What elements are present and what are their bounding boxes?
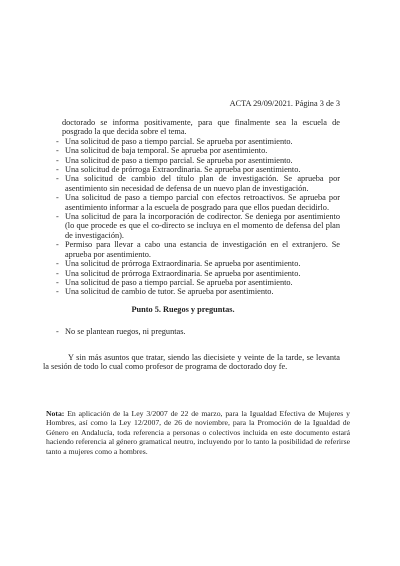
bullet-marker: - — [56, 146, 59, 155]
bullet-marker: - — [56, 137, 59, 146]
list-item-text: Una solicitud de para la incorporación d… — [65, 212, 340, 240]
intro-paragraph: doctorado se informa positivamente, para… — [62, 118, 340, 137]
list-item: - Una solicitud de paso a tiempo parcial… — [62, 193, 340, 212]
bullet-marker: - — [56, 156, 59, 165]
list-item-text: Una solicitud de prórroga Extraordinaria… — [65, 165, 300, 174]
list-item: - Una solicitud de cambio de tutor. Se a… — [62, 287, 340, 296]
bullet-marker: - — [56, 327, 59, 336]
list-item-text: Una solicitud de prórroga Extraordinaria… — [65, 259, 300, 268]
list-item-text: Una solicitud de paso a tiempo parcial c… — [65, 193, 340, 211]
bullet-marker: - — [56, 193, 59, 202]
footnote: Nota: En aplicación de la Ley 3/2007 de … — [46, 409, 350, 456]
list-item: - Una solicitud de para la incorporación… — [62, 212, 340, 240]
bullet-marker: - — [56, 259, 59, 268]
bullet-marker: - — [56, 287, 59, 296]
list-item: - No se plantean ruegos, ni preguntas. — [62, 327, 340, 336]
list-item-text: Una solicitud de cambio del título plan … — [65, 174, 340, 192]
list-item-text: Permiso para llevar a cabo una estancia … — [65, 240, 340, 258]
list-item: - Una solicitud de cambio del título pla… — [62, 174, 340, 193]
list-item: - Una solicitud de baja temporal. Se apr… — [62, 146, 340, 155]
page-header: ACTA 29/09/2021. Página 3 de 3 — [62, 99, 340, 108]
list-item-text: Una solicitud de paso a tiempo parcial. … — [65, 137, 293, 146]
request-list: - Una solicitud de paso a tiempo parcial… — [62, 137, 340, 297]
footnote-label: Nota: — [46, 409, 64, 418]
list-item: - Una solicitud de paso a tiempo parcial… — [62, 156, 340, 165]
minutes-body: doctorado se informa positivamente, para… — [62, 118, 340, 337]
list-item: - Una solicitud de prórroga Extraordinar… — [62, 269, 340, 278]
bullet-marker: - — [56, 165, 59, 174]
closing-paragraph: Y sin más asuntos que tratar, siendo las… — [43, 353, 340, 372]
list-item: - Una solicitud de paso a tiempo parcial… — [62, 137, 340, 146]
list-item-text: Una solicitud de paso a tiempo parcial. … — [65, 156, 293, 165]
list-item: - Una solicitud de paso a tiempo parcial… — [62, 278, 340, 287]
bullet-marker: - — [56, 240, 59, 249]
bullet-marker: - — [56, 269, 59, 278]
footnote-text: En aplicación de la Ley 3/2007 de 22 de … — [46, 409, 350, 456]
bullet-marker: - — [56, 212, 59, 221]
list-item-text: Una solicitud de paso a tiempo parcial. … — [65, 278, 293, 287]
list-item: - Una solicitud de prórroga Extraordinar… — [62, 165, 340, 174]
section-heading: Punto 5. Ruegos y preguntas. — [26, 305, 340, 314]
list-item: - Una solicitud de prórroga Extraordinar… — [62, 259, 340, 268]
list-item: - Permiso para llevar a cabo una estanci… — [62, 240, 340, 259]
bullet-marker: - — [56, 278, 59, 287]
list-item-text: Una solicitud de prórroga Extraordinaria… — [65, 269, 300, 278]
list-item-text: No se plantean ruegos, ni preguntas. — [65, 327, 186, 336]
list-item-text: Una solicitud de cambio de tutor. Se apr… — [65, 287, 274, 296]
bullet-marker: - — [56, 174, 59, 183]
list-item-text: Una solicitud de baja temporal. Se aprue… — [65, 146, 267, 155]
document-page: ACTA 29/09/2021. Página 3 de 3 doctorado… — [0, 0, 400, 566]
section-item-list: - No se plantean ruegos, ni preguntas. — [62, 327, 340, 336]
